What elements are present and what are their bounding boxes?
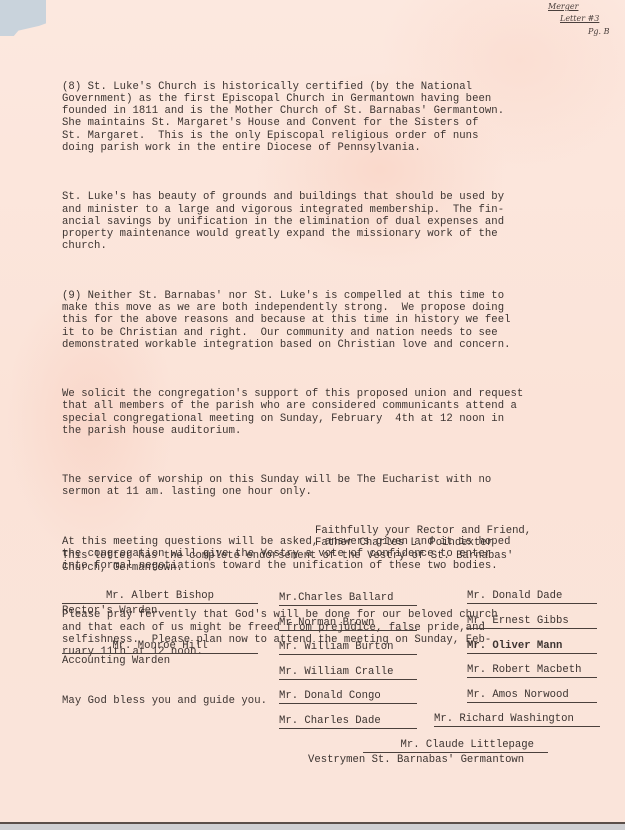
signature-role: Vestrymen St. Barnabas' Germantown bbox=[308, 754, 548, 766]
rector-name: Father Charles L. Poindexter bbox=[315, 537, 493, 549]
signature-role: Rector's Warden bbox=[62, 605, 258, 617]
signature-vestryman: Mr. Ernest Gibbs bbox=[467, 615, 597, 629]
handwritten-page-number: Pg. B bbox=[588, 28, 609, 36]
page-bottom-edge bbox=[0, 822, 625, 830]
signature-vestryman: Mr. Robert Macbeth bbox=[467, 664, 597, 678]
handwritten-letter-number: Letter #3 bbox=[560, 15, 599, 23]
paragraph-service: The service of worship on this Sunday wi… bbox=[62, 474, 607, 499]
signature-vestryman: Mr. Donald Congo bbox=[279, 690, 417, 704]
signature-accounting-warden: Mr. Monroe Hill Accounting Warden bbox=[62, 640, 258, 667]
paragraph-8: (8) St. Luke's Church is historically ce… bbox=[62, 81, 607, 155]
signature-vestryman: Mr. William Burton bbox=[279, 641, 417, 655]
signature-vestryman: Mr. Donald Dade bbox=[467, 590, 597, 604]
signature-vestryman: Mr. William Cralle bbox=[279, 666, 417, 680]
signature-name: Mr. Monroe Hill bbox=[62, 640, 258, 654]
signature-name: Mr. Claude Littlepage bbox=[363, 739, 548, 753]
signature-vestryman: Mr. Amos Norwood bbox=[467, 689, 597, 703]
handwritten-title: Merger bbox=[548, 3, 578, 11]
endorsement-statement: This letter has the complete endorsement… bbox=[62, 550, 513, 575]
signature-vestryman: Mr. Richard Washington bbox=[434, 713, 600, 727]
signature-final-vestryman: Mr. Claude Littlepage Vestrymen St. Barn… bbox=[308, 739, 548, 766]
closing-line: Faithfully your Rector and Friend, bbox=[315, 525, 531, 537]
paragraph-solicit: We solicit the congregation's support of… bbox=[62, 388, 607, 437]
signature-vestryman: Mr Norman Brown bbox=[279, 617, 417, 631]
signature-rectors-warden: Mr. Albert Bishop Rector's Warden bbox=[62, 590, 258, 617]
signature-role: Accounting Warden bbox=[62, 655, 258, 667]
signature-vestryman: Mr. Charles Dade bbox=[279, 715, 417, 729]
signature-name: Mr. Albert Bishop bbox=[62, 590, 258, 604]
paragraph-9: (9) Neither St. Barnabas' nor St. Luke's… bbox=[62, 290, 607, 351]
closing-signature: Faithfully your Rector and Friend, Fathe… bbox=[315, 525, 531, 550]
paragraph-st-lukes-grounds: St. Luke's has beauty of grounds and bui… bbox=[62, 191, 607, 252]
signature-vestryman: Mr. Oliver Mann bbox=[467, 640, 597, 654]
signature-vestryman: Mr.Charles Ballard bbox=[279, 592, 417, 606]
